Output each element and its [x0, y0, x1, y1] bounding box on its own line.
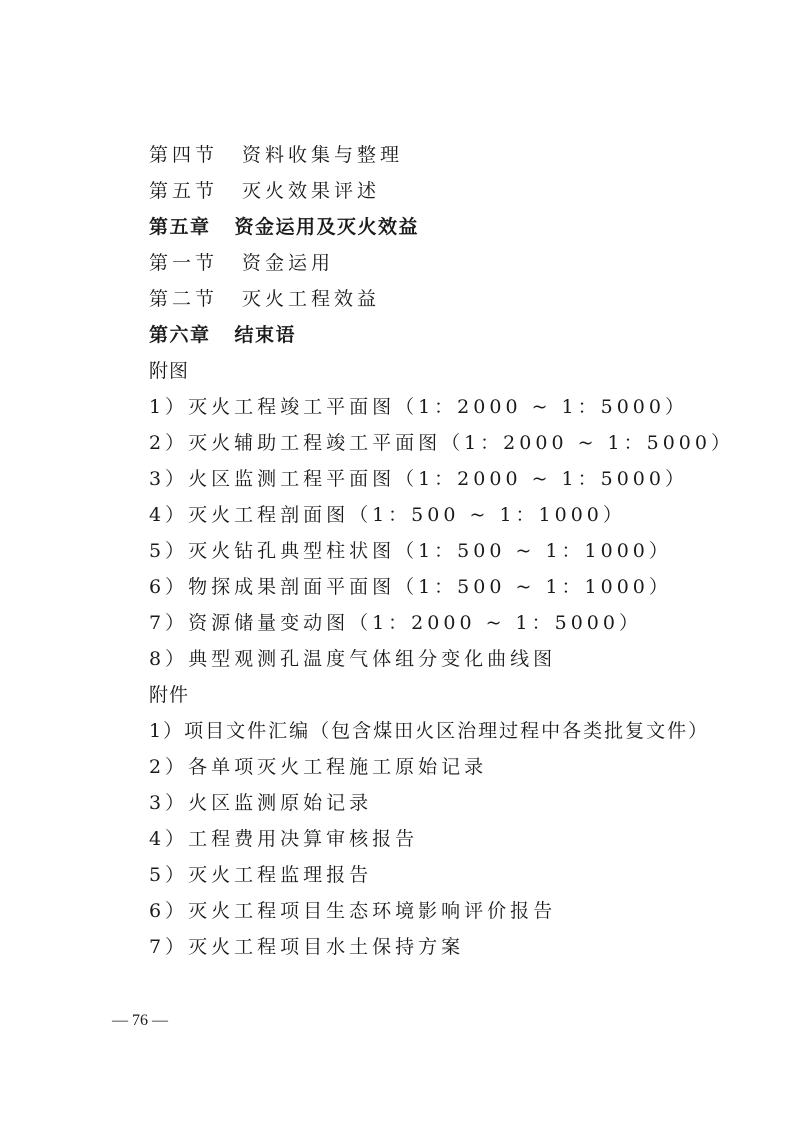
figure-item: 6）物探成果剖面平面图（1：500 ~ 1：1000）	[149, 572, 734, 608]
section-number: 第四节	[149, 144, 218, 166]
section-number: 第一节	[149, 252, 218, 274]
toc-section: 第四节资料收集与整理	[149, 140, 734, 176]
section-number: 第五节	[149, 180, 218, 202]
section-title: 灭火工程效益	[242, 288, 380, 310]
attachments-heading: 附件	[149, 680, 734, 716]
figure-item: 3）火区监测工程平面图（1：2000 ~ 1：5000）	[149, 464, 734, 500]
section-title: 灭火效果评述	[242, 180, 380, 202]
figure-item: 7）资源储量变动图（1：2000 ~ 1：5000）	[149, 608, 734, 644]
toc-section: 第二节灭火工程效益	[149, 284, 734, 320]
figure-item: 4）灭火工程剖面图（1：500 ~ 1：1000）	[149, 500, 734, 536]
toc-section: 第一节资金运用	[149, 248, 734, 284]
attachment-item: 1）项目文件汇编（包含煤田火区治理过程中各类批复文件）	[149, 716, 734, 752]
section-title: 资料收集与整理	[242, 144, 403, 166]
attachment-item: 7）灭火工程项目水土保持方案	[149, 932, 734, 968]
attachment-item: 6）灭火工程项目生态环境影响评价报告	[149, 896, 734, 932]
toc-chapter: 第六章结束语	[149, 320, 734, 356]
document-page: 第四节资料收集与整理 第五节灭火效果评述 第五章资金运用及灭火效益 第一节资金运…	[0, 0, 793, 1122]
figure-item: 1）灭火工程竣工平面图（1：2000 ~ 1：5000）	[149, 392, 734, 428]
chapter-title: 资金运用及灭火效益	[235, 216, 420, 238]
chapter-number: 第六章	[149, 324, 211, 346]
figure-item: 5）灭火钻孔典型柱状图（1：500 ~ 1：1000）	[149, 536, 734, 572]
attachment-item: 5）灭火工程监理报告	[149, 860, 734, 896]
attachment-item: 3）火区监测原始记录	[149, 788, 734, 824]
section-number: 第二节	[149, 288, 218, 310]
toc-section: 第五节灭火效果评述	[149, 176, 734, 212]
attachment-item: 2）各单项灭火工程施工原始记录	[149, 752, 734, 788]
figures-heading: 附图	[149, 356, 734, 392]
figure-item: 2）灭火辅助工程竣工平面图（1：2000 ~ 1：5000）	[149, 428, 734, 464]
toc-chapter: 第五章资金运用及灭火效益	[149, 212, 734, 248]
attachment-item: 4）工程费用决算审核报告	[149, 824, 734, 860]
toc-list: 第四节资料收集与整理 第五节灭火效果评述 第五章资金运用及灭火效益 第一节资金运…	[149, 140, 734, 968]
section-title: 资金运用	[242, 252, 334, 274]
figure-item: 8）典型观测孔温度气体组分变化曲线图	[149, 644, 734, 680]
page-number: — 76 —	[112, 1012, 168, 1030]
chapter-number: 第五章	[149, 216, 211, 238]
chapter-title: 结束语	[235, 324, 297, 346]
